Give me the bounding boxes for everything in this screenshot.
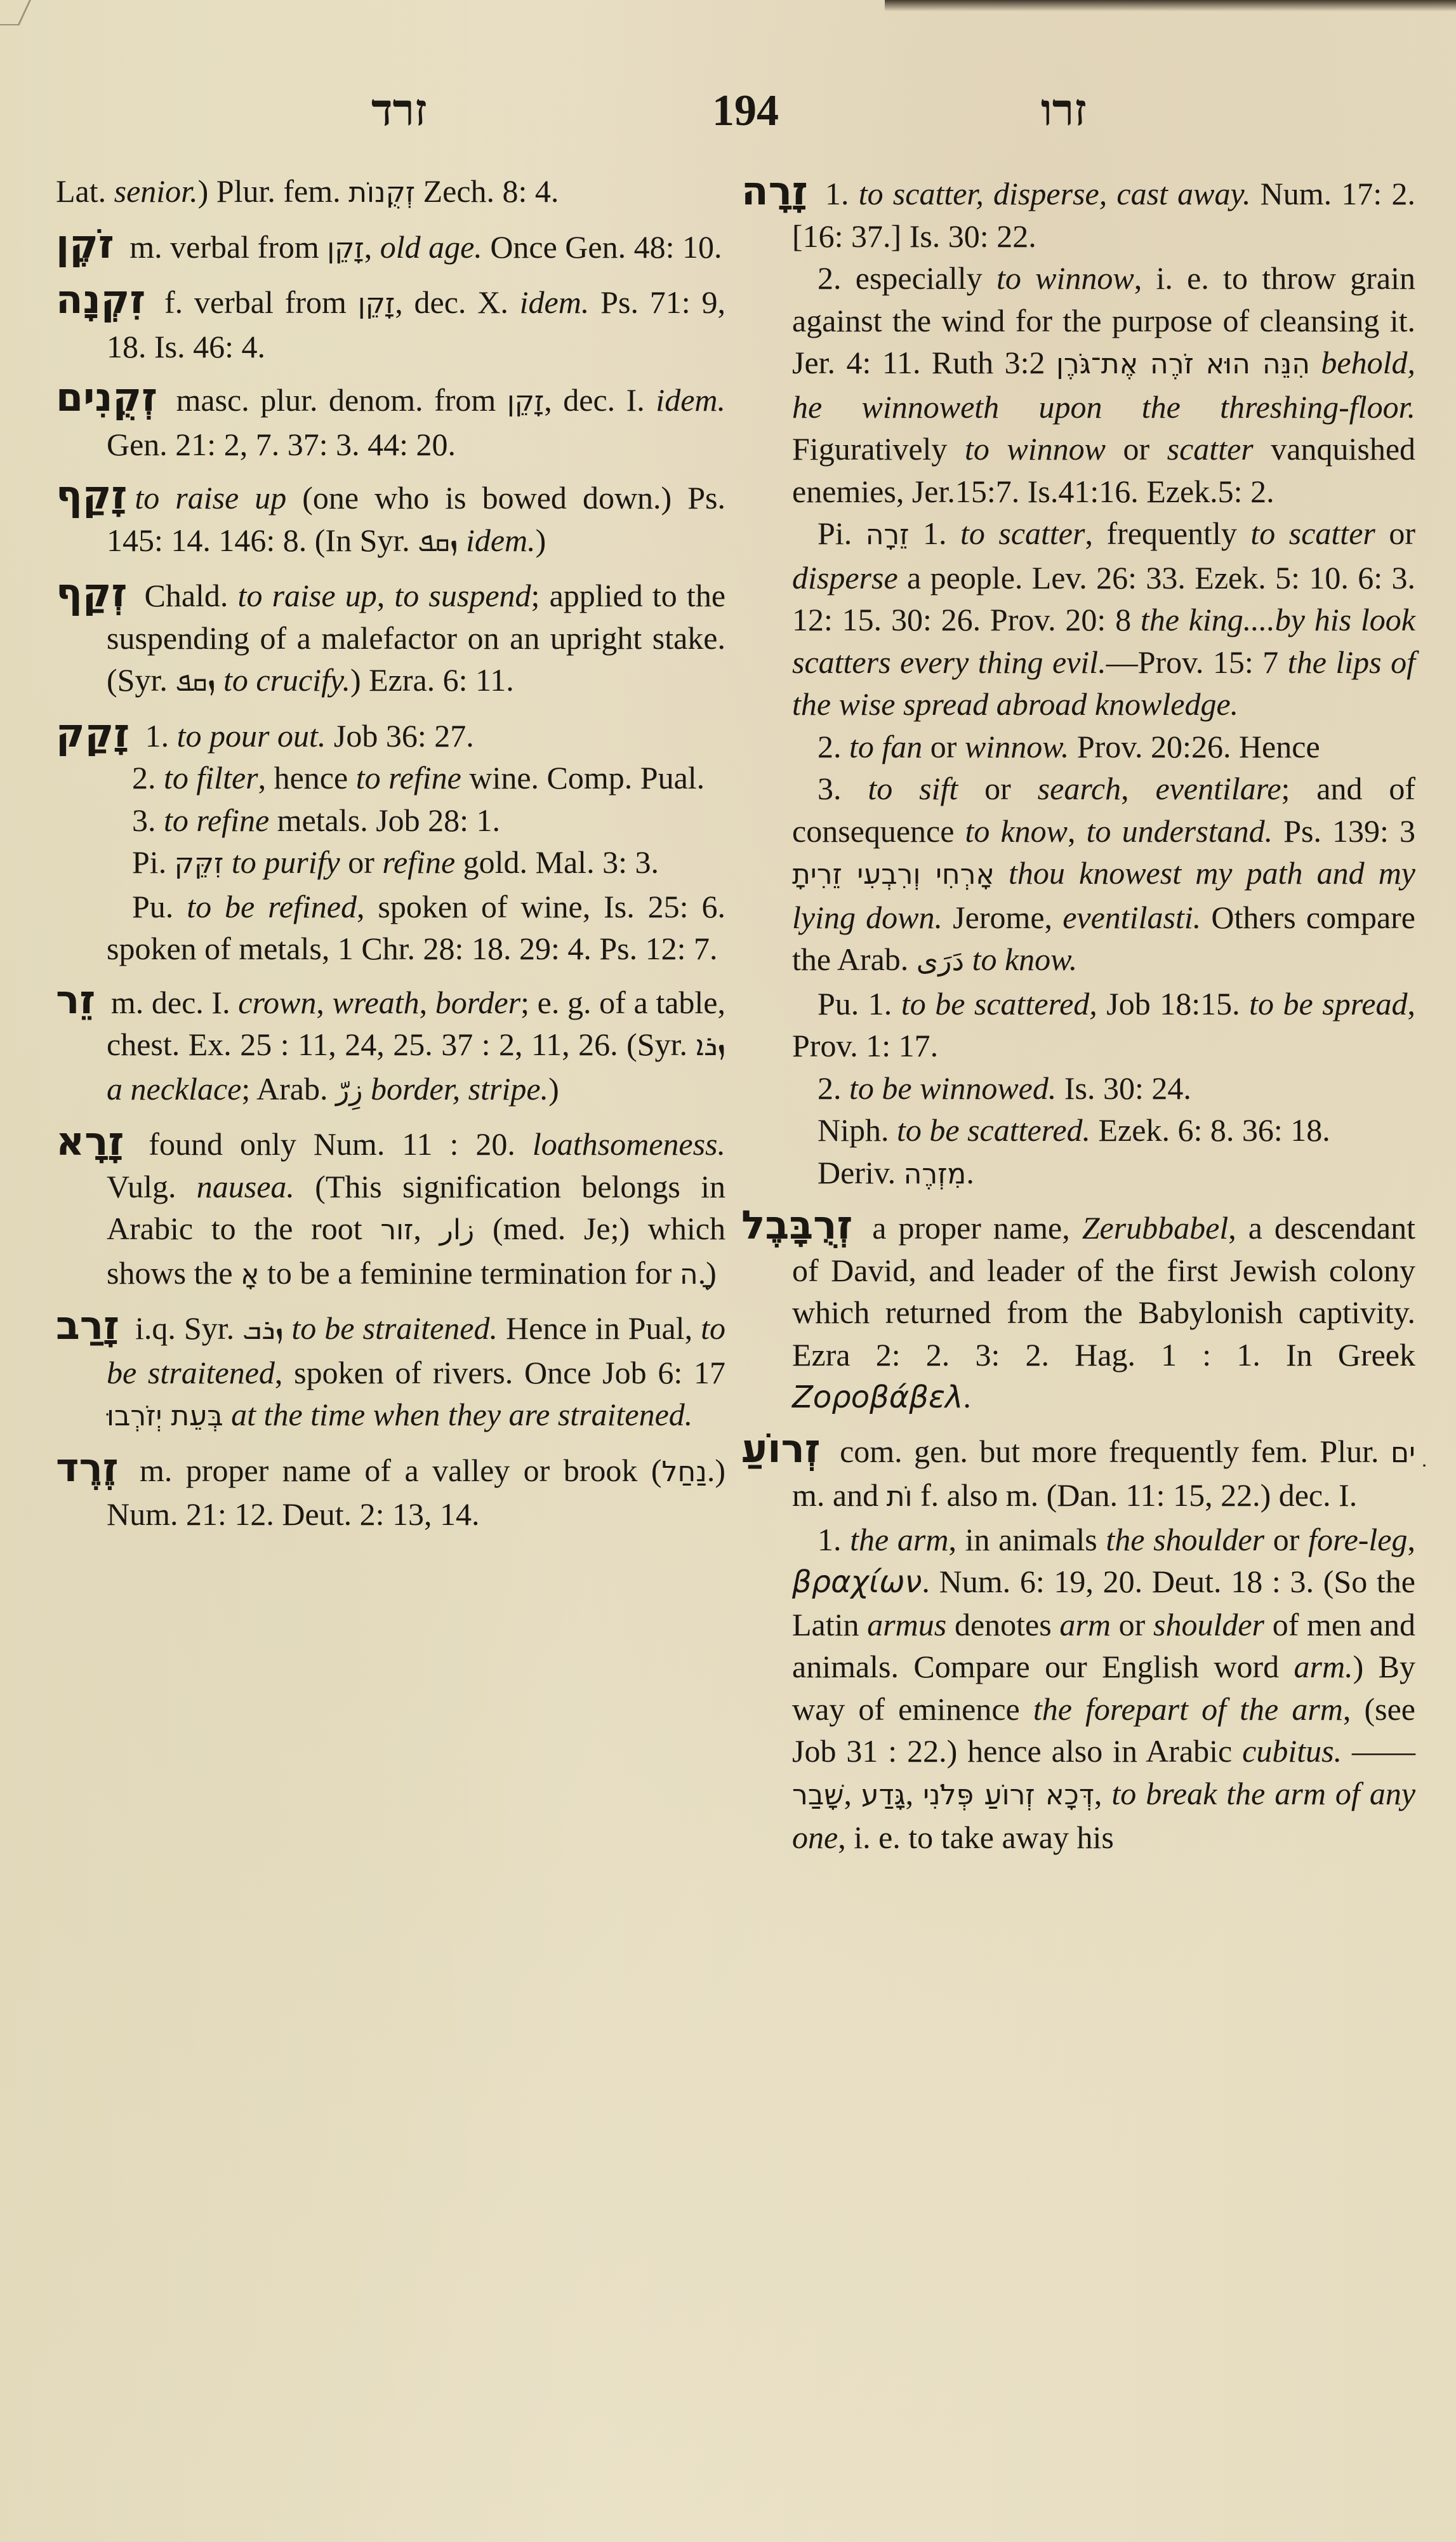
syriac-word: ܙܩܦ [418,526,458,558]
dictionary-entry: זָרָא found only Num. 11 : 20. loathsome… [56,1121,725,1296]
pencil-corner-mark [0,0,31,25]
hebrew-phrase: דְּכָא זְרוֹעַ פְּלֹנִי [923,1779,1094,1811]
arabic-word: دَرَى [917,945,964,977]
headword: זָרָא [56,1118,124,1164]
dictionary-entry: זָקַק 1. to pour out. Job 36: 27. 2. to … [56,712,725,970]
hebrew-phrase: בְּעֵת יְזֹרְבוּ [107,1400,223,1432]
dictionary-entry: זֵר m. dec. I. crown, wreath, border; e.… [56,979,725,1112]
dictionary-entry: זְרֻבָּבֶל a proper name, Zerubbabel, a … [741,1204,1415,1419]
headword: זְקַף [56,569,127,616]
dictionary-entry: זֶרֶד m. proper name of a valley or broo… [56,1447,725,1536]
syriac-word: ܙܪܒ [242,1314,283,1346]
greek-word: Ζοροβάβελ [792,1380,963,1415]
hebrew-word: זָקֵן [358,288,395,320]
dictionary-entry: זְקֻנִים masc. plur. denom. from זָקֵן, … [56,376,725,465]
headword: זְרֻבָּבֶל [741,1202,852,1248]
headword: זֹקֶן [56,221,114,267]
headword: זֶרֶד [56,1444,119,1491]
hebrew-word: זָקֵן [327,232,364,265]
piel-sense: Pi. זִקֵּק to purify or refine gold. Mal… [107,841,725,886]
hebrew-suffix: אָ [241,1258,259,1291]
hebrew-suffix: ָה [680,1258,698,1291]
hebrew-word: זור [380,1214,413,1246]
syriac-word: ܙܩܦ [175,665,215,698]
derivatives: Deriv. מִזְרֶה. [792,1152,1415,1196]
arabic-word: زار [440,1214,475,1246]
page-number: 194 [712,86,779,136]
hebrew-phrase: אָרְחִי וְרִבְעִי זֵרִיתָ [792,858,995,891]
hebrew-word: שָׁבַר [792,1779,844,1811]
arabic-word: زِرّ [336,1074,363,1107]
headword: זְקֻנִים [56,374,157,420]
entry-header: זְרוֹעַ com. gen. but more frequently fe… [792,1428,1415,1519]
headword: זֵר [56,976,95,1023]
headword: זָרַב [56,1302,119,1348]
dictionary-entry: זְרוֹעַ com. gen. but more frequently fe… [741,1428,1415,1859]
sense-1: זָקַק 1. to pour out. Job 36: 27. [107,712,725,757]
hebrew-word: זִקֵּק [175,848,224,880]
hebrew-word: זָקֵן [507,385,544,418]
pual-sense: Pu. 1. to be scattered, Job 18:15. to be… [792,983,1415,1067]
sense-1: זָרָה 1. to scatter, disperse, cast away… [792,170,1415,257]
right-column: זָרָה 1. to scatter, disperse, cast away… [741,170,1415,1868]
page-edge-shadow [885,0,1456,11]
running-head-right: זרו [1041,86,1087,136]
dictionary-entry: זְקַף Chald. to raise up, to suspend; ap… [56,572,725,703]
dictionary-entry: זִקְנָה f. verbal from זָקֵן, dec. X. id… [56,279,725,368]
dictionary-entry: זֹקֶן m. verbal from זָקֵן, old age. Onc… [56,223,725,270]
dictionary-entry: זָרָה 1. to scatter, disperse, cast away… [741,170,1415,1195]
syriac-word: ܙܪܐ [696,1030,725,1062]
hebrew-phrase: הִנֵּה הוּא זֹרֶה אֶת־גֹּרֶן [1056,348,1310,380]
hebrew-word: גָּדַע [861,1779,906,1811]
sense-1: 1. the arm, in animals the shoulder or f… [792,1519,1415,1859]
entry-continuation: Lat. senior.) Plur. fem. זְקֻנוֹת Zech. … [56,170,725,215]
left-column: Lat. senior.) Plur. fem. זְקֻנוֹת Zech. … [56,170,725,1545]
sense-2: 2. especially to winnow, i. e. to throw … [792,257,1415,512]
dictionary-entry: זָרַב i.q. Syr. ܙܪܒ to be straitened. He… [56,1305,725,1438]
pual-sense-2: 2. to be winnowed. Is. 30: 24. [792,1067,1415,1110]
pual-sense: Pu. to be refined, spoken of wine, Is. 2… [107,886,725,970]
hebrew-word: זְקֻנוֹת [348,176,415,209]
headword: זִקְנָה [56,276,145,323]
hebrew-suffix: וֹת [887,1481,913,1513]
piel-sense: Pi. זֵרָה 1. to scatter, frequently to s… [792,512,1415,726]
headword: זָקַף [56,472,127,518]
headword: זְרוֹעַ [741,1425,821,1472]
hebrew-suffix: ִים [1391,1437,1415,1469]
dictionary-entry: זָקַףto raise up (one who is bowed down.… [56,474,725,563]
sense-2: 2. to filter, hence to refine wine. Comp… [107,757,725,799]
piel-sense-2: 2. to fan or winnow. Prov. 20:26. Hence [792,726,1415,768]
running-head-left: זרד [371,86,427,136]
hebrew-word: זֵרָה [866,519,910,551]
running-head: זרד 194 זרו [0,86,1456,143]
headword: זָרָה [741,168,808,214]
headword: זָקַק [56,710,129,756]
hebrew-word: נַחַל [661,1456,706,1488]
greek-word: βραχίων [792,1564,922,1600]
hebrew-word: מִזְרֶה [904,1158,967,1190]
sense-3: 3. to refine metals. Job 28: 1. [107,799,725,842]
niphal-sense: Niph. to be scattered. Ezek. 6: 8. 36: 1… [792,1109,1415,1152]
piel-sense-3: 3. to sift or search, eventilare; and of… [792,768,1415,983]
